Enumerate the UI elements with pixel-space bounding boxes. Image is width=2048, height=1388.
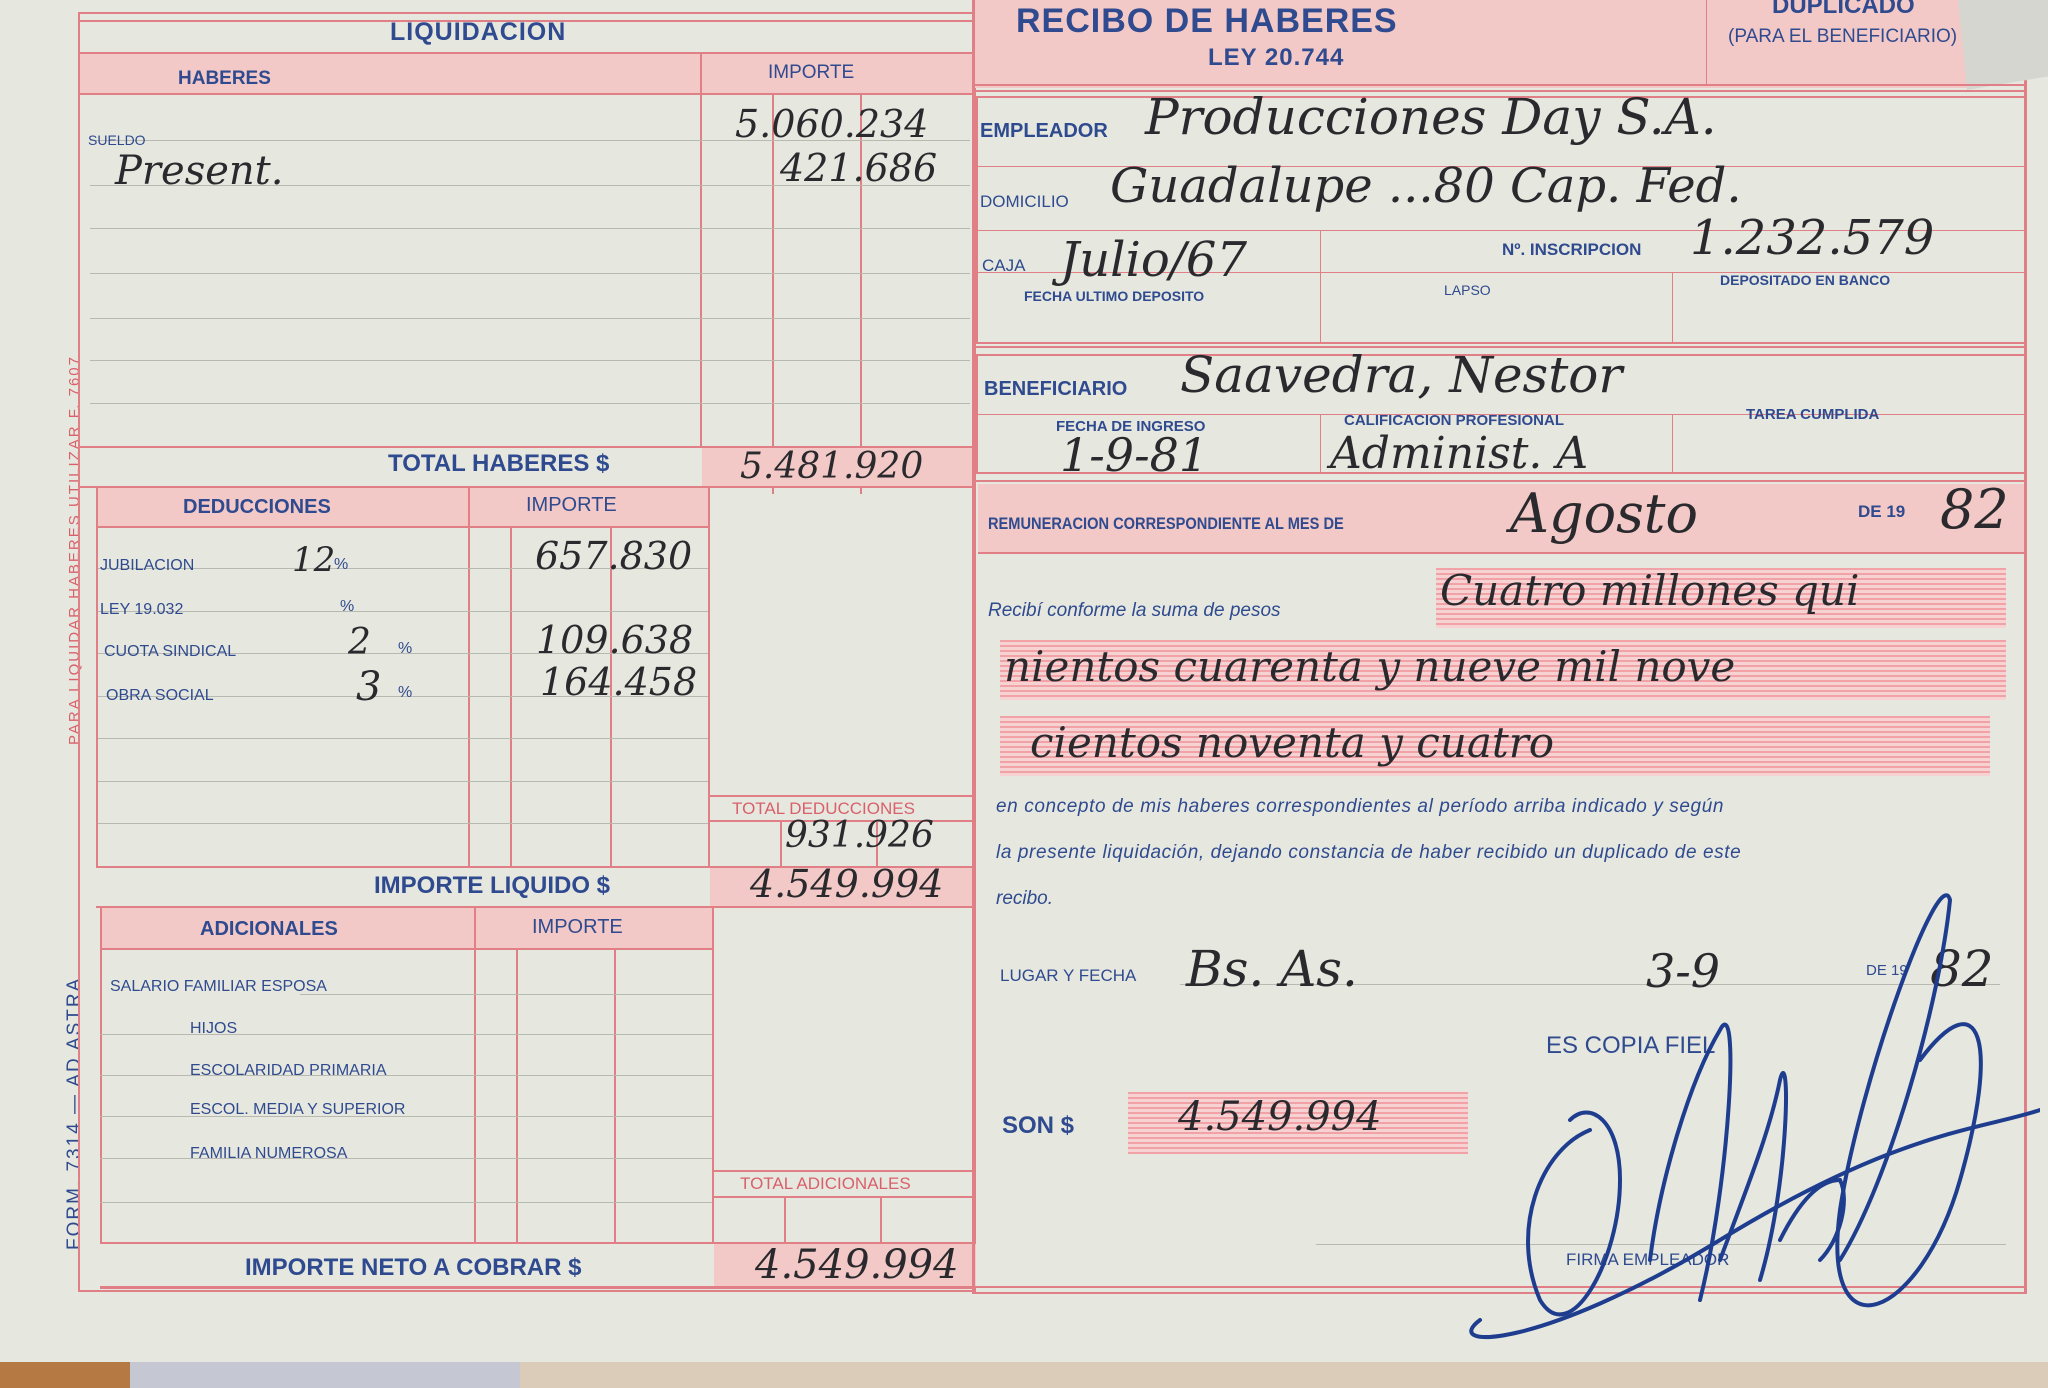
- domicilio-value[interactable]: Guadalupe ...80 Cap. Fed.: [1110, 158, 1742, 214]
- haberes-header: HABERES: [178, 68, 271, 90]
- deduccion-label: JUBILACION: [100, 557, 194, 575]
- deduccion-value[interactable]: 164.458: [540, 660, 697, 704]
- remuneracion-year-label: DE 19: [1858, 502, 1905, 522]
- deduccion-label: OBRA SOCIAL: [106, 687, 214, 705]
- inscripcion-label: Nº. INSCRIPCION: [1502, 240, 1641, 260]
- recibo-title: RECIBO DE HABERES: [1016, 2, 1398, 41]
- deduccion-label: CUOTA SINDICAL: [104, 643, 236, 661]
- importe-liquido-label: IMPORTE LIQUIDO $: [374, 872, 610, 900]
- inscripcion-value[interactable]: 1.232.579: [1690, 210, 1934, 266]
- tarea-cumplida-label: TAREA CUMPLIDA: [1746, 406, 1879, 423]
- calificacion-label: CALIFICACION PROFESIONAL: [1344, 412, 1564, 429]
- lugar-year[interactable]: 82: [1930, 940, 1994, 998]
- deducciones-importe-header: IMPORTE: [526, 494, 617, 517]
- adicionales-importe-header: IMPORTE: [532, 916, 623, 939]
- adicional-item: HIJOS: [190, 1020, 237, 1038]
- firma-empleador-label: FIRMA EMPLEADOR: [1566, 1250, 1729, 1270]
- liquidacion-title: LIQUIDACION: [390, 18, 566, 47]
- domicilio-label: DOMICILIO: [980, 192, 1069, 212]
- concepto-text-1: en concepto de mis haberes correspondien…: [996, 796, 1724, 818]
- remuneracion-label: REMUNERACION CORRESPONDIENTE AL MES DE: [988, 514, 1344, 534]
- haberes-item-1-value[interactable]: 5.060.234: [735, 102, 928, 146]
- beneficiario-value[interactable]: Saavedra, Nestor: [1180, 346, 1622, 404]
- total-haberes-label: TOTAL HABERES $: [388, 450, 609, 478]
- copy-subtitle: (PARA EL BENEFICIARIO): [1728, 26, 1957, 48]
- deduccion-label: LEY 19.032: [100, 601, 183, 619]
- background-surface: [0, 1362, 2048, 1388]
- lugar-year-label: DE 19: [1866, 962, 1908, 979]
- sueldo-label: SUELDO: [88, 132, 146, 148]
- adicional-item: FAMILIA NUMEROSA: [190, 1145, 347, 1163]
- concepto-text-2: la presente liquidación, dejando constan…: [996, 842, 1741, 864]
- son-value[interactable]: 4.549.994: [1178, 1094, 1382, 1140]
- deduccion-value[interactable]: 109.638: [536, 618, 693, 662]
- amount-words-line-3[interactable]: cientos noventa y cuatro: [1030, 718, 1554, 767]
- deduccion-percent[interactable]: 2: [348, 622, 371, 663]
- total-deducciones-value[interactable]: 931.926: [785, 815, 934, 856]
- caja-label: CAJA: [982, 256, 1025, 276]
- remuneracion-year[interactable]: 82: [1940, 478, 2009, 541]
- beneficiario-label: BENEFICIARIO: [984, 378, 1127, 401]
- recibo-ley: LEY 20.744: [1208, 44, 1344, 72]
- adicional-item: ESCOLARIDAD PRIMARIA: [190, 1062, 386, 1080]
- deducciones-header: DEDUCCIONES: [183, 496, 331, 519]
- empleador-value[interactable]: Producciones Day S.A.: [1145, 88, 1717, 146]
- deduccion-value[interactable]: 657.830: [535, 534, 692, 578]
- adicional-item: ESCOL. MEDIA Y SUPERIOR: [190, 1101, 405, 1119]
- haberes-importe-header: IMPORTE: [768, 62, 854, 84]
- importe-neto-value[interactable]: 4.549.994: [755, 1242, 959, 1288]
- lugar-value[interactable]: Bs. As.: [1186, 940, 1358, 998]
- copy-title: DUPLICADO: [1772, 0, 1915, 20]
- recibi-label: Recibí conforme la suma de pesos: [988, 600, 1281, 622]
- empleador-label: EMPLEADOR: [980, 120, 1108, 143]
- deduccion-percent[interactable]: 3: [356, 664, 381, 710]
- son-label: SON $: [1002, 1112, 1074, 1140]
- deduccion-percent[interactable]: 12: [292, 540, 335, 580]
- importe-liquido-value[interactable]: 4.549.994: [750, 862, 943, 906]
- fecha-ultimo-deposito-label: FECHA ULTIMO DEPOSITO: [1024, 288, 1204, 304]
- depositado-en-banco-label: DEPOSITADO EN BANCO: [1720, 272, 1890, 288]
- lapso-label: LAPSO: [1444, 282, 1491, 298]
- total-adicionales-label: TOTAL ADICIONALES: [740, 1174, 911, 1194]
- amount-words-line-1[interactable]: Cuatro millones qui: [1440, 566, 1859, 615]
- calificacion-value[interactable]: Administ. A: [1330, 428, 1588, 479]
- copia-fiel-stamp: ES COPIA FIEL: [1546, 1032, 1715, 1060]
- total-haberes-value[interactable]: 5.481.920: [740, 446, 923, 487]
- haberes-item-2-value[interactable]: 421.686: [780, 146, 937, 190]
- fecha-ingreso-value[interactable]: 1-9-81: [1060, 428, 1208, 482]
- lugar-fecha-label: LUGAR Y FECHA: [1000, 966, 1136, 986]
- sueldo-note[interactable]: Present.: [115, 148, 283, 194]
- adicionales-header: ADICIONALES: [200, 918, 338, 941]
- fecha-value[interactable]: 3-9: [1646, 944, 1720, 998]
- importe-neto-label: IMPORTE NETO A COBRAR $: [245, 1254, 581, 1282]
- adicional-item: SALARIO FAMILIAR ESPOSA: [110, 978, 327, 996]
- torn-corner: [1958, 0, 2048, 90]
- caja-value[interactable]: Julio/67: [1060, 232, 1247, 288]
- remuneracion-month[interactable]: Agosto: [1510, 482, 1698, 545]
- concepto-text-3: recibo.: [996, 888, 1053, 910]
- amount-words-line-2[interactable]: nientos cuarenta y nueve mil nove: [1004, 642, 1735, 691]
